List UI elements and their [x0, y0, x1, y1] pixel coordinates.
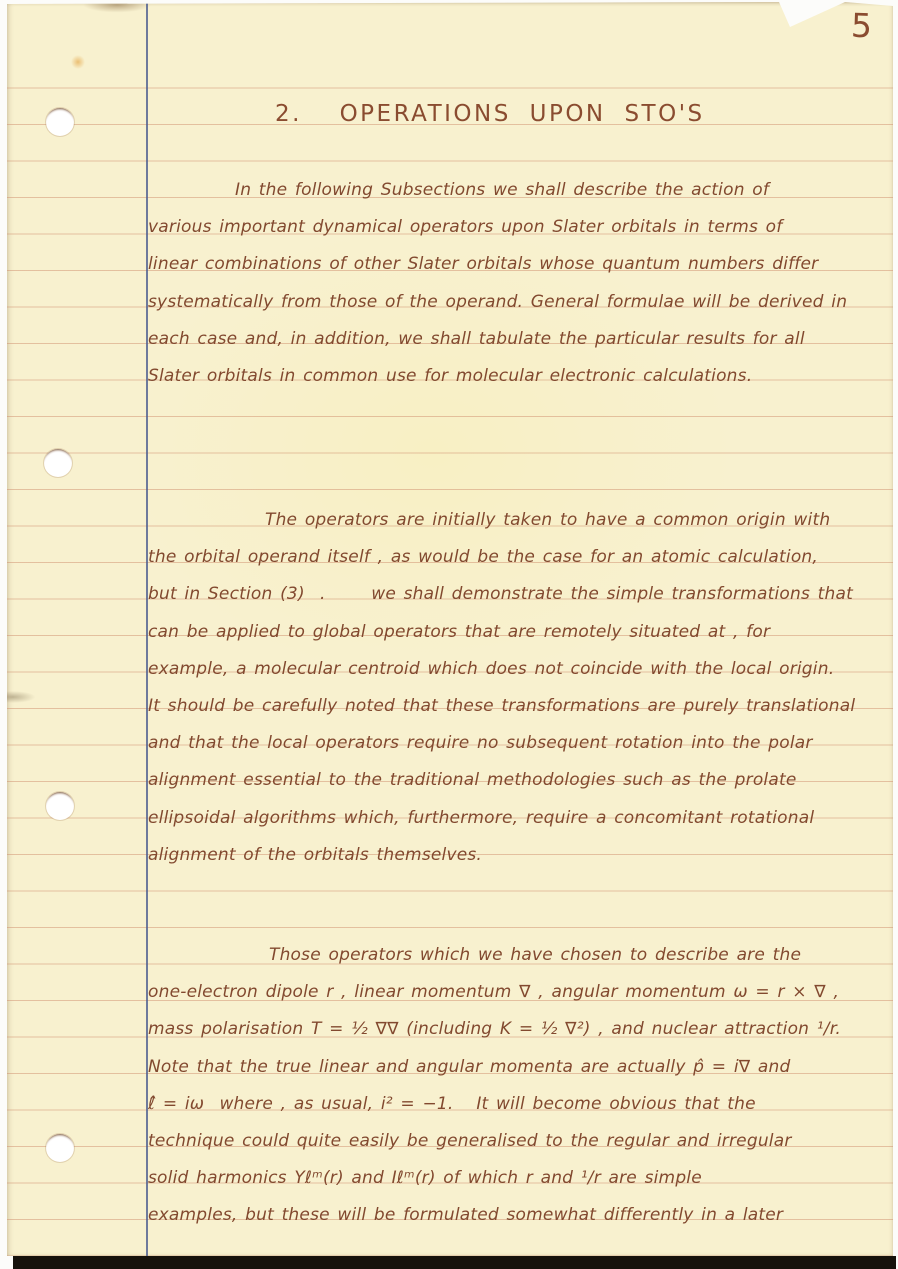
text-line: mass polarisation T = ½ ∇∇ (including K … — [148, 1011, 896, 1048]
text-line: technique could quite easily be generali… — [148, 1123, 896, 1160]
text-line: and that the local operators require no … — [148, 725, 896, 762]
scanned-notebook-page: 5 2. OPERATIONS UPON STO'S In the follow… — [0, 0, 898, 1269]
paragraph-operators-origin: The operators are initially taken to hav… — [148, 502, 896, 874]
text-line: the orbital operand itself , as would be… — [148, 539, 896, 576]
page-number: 5 — [850, 6, 872, 46]
text-line: Note that the true linear and angular mo… — [148, 1049, 896, 1086]
text-line: each case and, in addition, we shall tab… — [148, 321, 896, 358]
punch-hole — [44, 449, 72, 477]
text-line: solid harmonics Yℓᵐ(r) and Iℓᵐ(r) of whi… — [148, 1160, 896, 1197]
punch-hole — [46, 792, 74, 820]
text-line: ellipsoidal algorithms which, furthermor… — [148, 800, 896, 837]
text-line: ℓ̂ = iω where , as usual, i² = −1. It wi… — [148, 1086, 896, 1123]
text-line: examples, but these will be formulated s… — [148, 1197, 896, 1234]
text-line: The operators are initially taken to hav… — [148, 502, 896, 539]
text-line: linear combinations of other Slater orbi… — [148, 246, 896, 283]
punch-hole — [46, 108, 74, 136]
text-line: Slater orbitals in common use for molecu… — [148, 358, 896, 395]
notebook-paper: 5 2. OPERATIONS UPON STO'S In the follow… — [7, 2, 893, 1256]
text-line: one-electron dipole r , linear momentum … — [148, 974, 896, 1011]
text-line: alignment of the orbitals themselves. — [148, 837, 896, 874]
paragraph-intro: In the following Subsections we shall de… — [148, 172, 896, 395]
text-line: It should be carefully noted that these … — [148, 688, 896, 725]
text-line: systematically from those of the operand… — [148, 284, 896, 321]
paragraph-chosen-operators: Those operators which we have chosen to … — [148, 937, 896, 1235]
text-line: In the following Subsections we shall de… — [148, 172, 896, 209]
text-line: example, a molecular centroid which does… — [148, 651, 896, 688]
text-line: can be applied to global operators that … — [148, 614, 896, 651]
scan-bottom-edge — [13, 1256, 896, 1269]
text-line: Those operators which we have chosen to … — [148, 937, 896, 974]
section-title: 2. OPERATIONS UPON STO'S — [275, 101, 705, 127]
text-line: alignment essential to the traditional m… — [148, 762, 896, 799]
text-line: but in Section (3) . we shall demonstrat… — [148, 576, 896, 613]
punch-hole — [46, 1134, 74, 1162]
text-line: various important dynamical operators up… — [148, 209, 896, 246]
